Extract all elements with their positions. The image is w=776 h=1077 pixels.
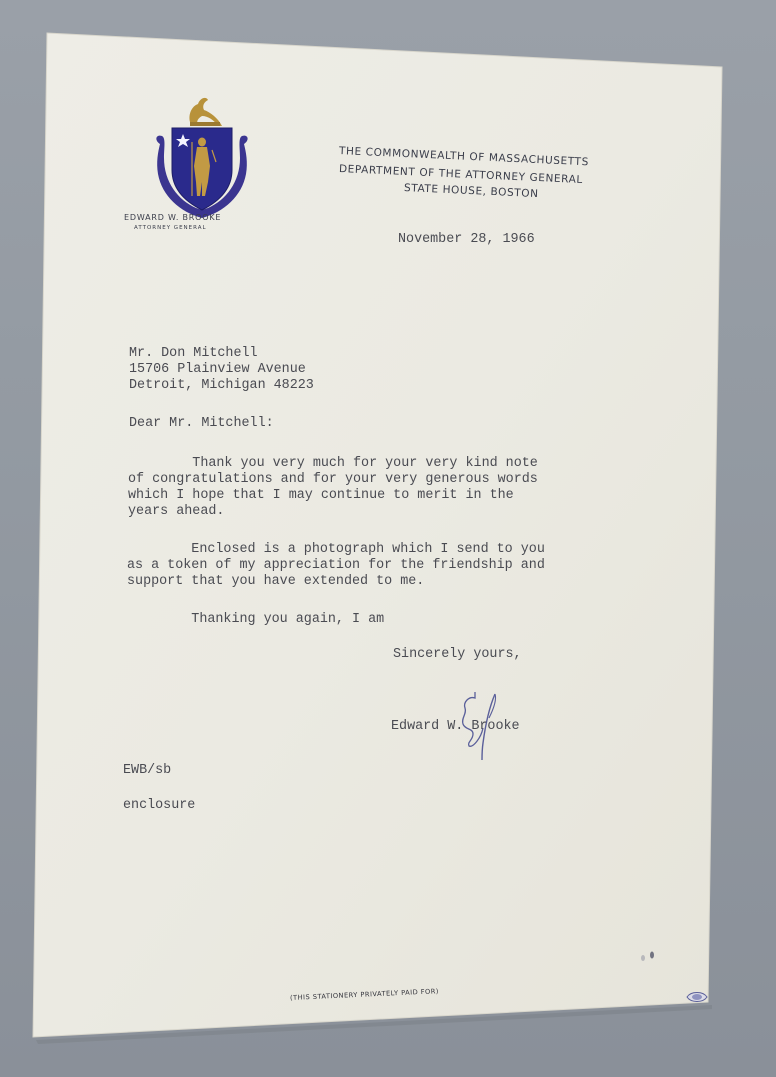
paragraph-1-line-1: Thank you very much for your very kind n… bbox=[128, 456, 538, 472]
paragraph-2-line-1: Enclosed is a photograph which I send to… bbox=[127, 542, 545, 558]
paper-sheet bbox=[0, 0, 776, 1077]
paragraph-1-line-3: which I hope that I may continue to meri… bbox=[128, 488, 514, 504]
massachusetts-seal-icon bbox=[133, 74, 233, 210]
salutation: Dear Mr. Mitchell: bbox=[129, 416, 274, 432]
recipient-street: 15706 Plainview Avenue bbox=[129, 362, 306, 378]
paragraph-2-line-2: as a token of my appreciation for the fr… bbox=[127, 558, 545, 574]
recipient-name: Mr. Don Mitchell bbox=[129, 346, 258, 362]
reference-initials: EWB/sb bbox=[123, 763, 171, 779]
ink-smudge bbox=[620, 932, 640, 946]
enclosure-note: enclosure bbox=[123, 798, 195, 814]
official-name: EDWARD W. BROOKE bbox=[124, 213, 221, 222]
official-title: ATTORNEY GENERAL bbox=[134, 225, 207, 231]
paragraph-1-line-2: of congratulations and for your very gen… bbox=[128, 472, 538, 488]
paragraph-1-line-4: years ahead. bbox=[128, 504, 224, 520]
recipient-city: Detroit, Michigan 48223 bbox=[129, 378, 314, 394]
closing-line: Thanking you again, I am bbox=[127, 612, 384, 628]
paragraph-2-line-3: support that you have extended to me. bbox=[127, 574, 424, 590]
printer-union-mark-icon bbox=[666, 971, 690, 987]
valediction: Sincerely yours, bbox=[393, 647, 522, 663]
letter-date: November 28, 1966 bbox=[398, 232, 535, 248]
signer-name: Edward W. Brooke bbox=[391, 719, 520, 735]
